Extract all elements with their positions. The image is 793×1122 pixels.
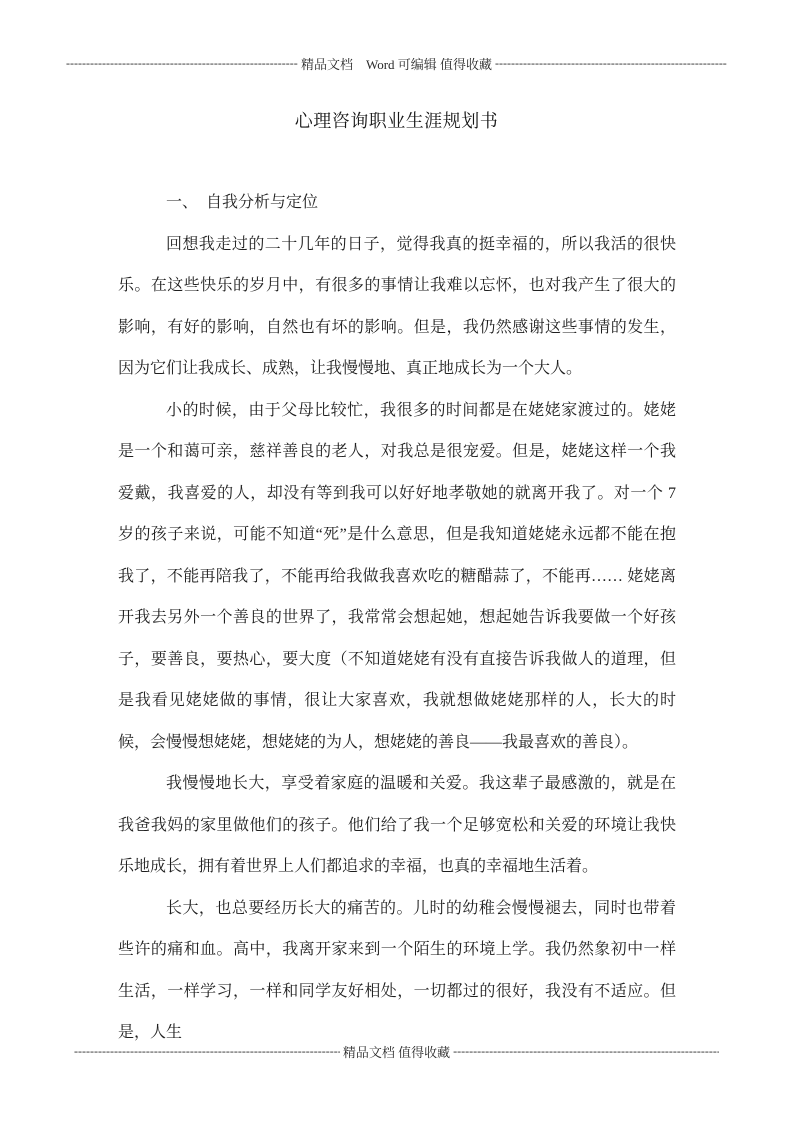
header-dashes-right: ----------------------------------------…: [495, 56, 727, 71]
page-title: 心理咨询职业生涯规划书: [0, 107, 793, 133]
header-text: 精品文档 Word 可编辑 值得收藏: [298, 54, 495, 73]
paragraph-3: 我慢慢地长大，享受着家庭的温暖和关爱。我这辈子最感激的，就是在我爸我妈的家里做他…: [118, 763, 676, 888]
paragraph-1: 回想我走过的二十几年的日子，觉得我真的挺幸福的，所以我活的很快乐。在这些快乐的岁…: [118, 224, 676, 390]
footer-dashes-left: ----------------------------------------…: [74, 1044, 340, 1059]
section-heading: 一、 自我分析与定位: [118, 182, 676, 224]
footer-text: 精品文档 值得收藏: [340, 1042, 453, 1061]
footer-dashes-right: ----------------------------------------…: [453, 1044, 719, 1059]
document-body: 一、 自我分析与定位 回想我走过的二十几年的日子，觉得我真的挺幸福的，所以我活的…: [118, 182, 676, 1054]
header-dashes-left: ----------------------------------------…: [66, 56, 298, 71]
paragraph-4: 长大，也总要经历长大的痛苦的。儿时的幼稚会慢慢褪去，同时也带着些许的痛和血。高中…: [118, 888, 676, 1054]
document-page: ----------------------------------------…: [0, 0, 793, 1122]
document-header: ----------------------------------------…: [66, 54, 727, 73]
document-footer: ----------------------------------------…: [74, 1042, 719, 1061]
paragraph-2: 小的时候，由于父母比较忙，我很多的时间都是在姥姥家渡过的。姥姥是一个和蔼可亲，慈…: [118, 390, 676, 764]
